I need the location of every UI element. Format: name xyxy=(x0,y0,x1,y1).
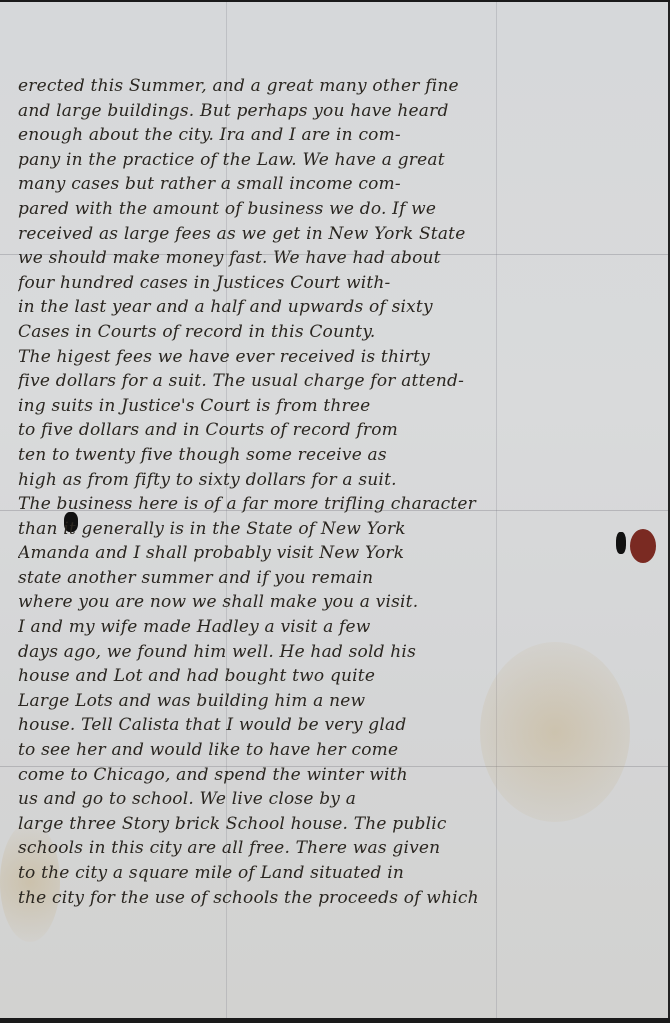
text-line: house. Tell Calista that I would be very… xyxy=(18,713,658,738)
text-line: in the last year and a half and upwards … xyxy=(18,295,658,320)
text-line: received as large fees as we get in New … xyxy=(18,222,658,247)
text-line: Large Lots and was building him a new xyxy=(18,689,658,714)
text-line: to see her and would like to have her co… xyxy=(18,738,658,763)
text-line: us and go to school. We live close by a xyxy=(18,787,658,812)
handwritten-text: erected this Summer, and a great many ot… xyxy=(18,74,658,910)
text-line: ten to twenty five though some receive a… xyxy=(18,443,658,468)
text-line: I and my wife made Hadley a visit a few xyxy=(18,615,658,640)
text-line: pany in the practice of the Law. We have… xyxy=(18,148,658,173)
text-line: five dollars for a suit. The usual charg… xyxy=(18,369,658,394)
text-line: and large buildings. But perhaps you hav… xyxy=(18,99,658,124)
text-line: state another summer and if you remain xyxy=(18,566,658,591)
text-line: erected this Summer, and a great many ot… xyxy=(18,74,658,99)
text-line: come to Chicago, and spend the winter wi… xyxy=(18,763,658,788)
text-line: ing suits in Justice's Court is from thr… xyxy=(18,394,658,419)
letter-page: erected this Summer, and a great many ot… xyxy=(0,2,670,1018)
text-line: than it generally is in the State of New… xyxy=(18,517,658,542)
text-line: enough about the city. Ira and I are in … xyxy=(18,123,658,148)
text-line: Cases in Courts of record in this County… xyxy=(18,320,658,345)
text-line: schools in this city are all free. There… xyxy=(18,836,658,861)
text-line: house and Lot and had bought two quite xyxy=(18,664,658,689)
text-line: where you are now we shall make you a vi… xyxy=(18,590,658,615)
text-line: large three Story brick School house. Th… xyxy=(18,812,658,837)
text-line: pared with the amount of business we do.… xyxy=(18,197,658,222)
text-line: the city for the use of schools the proc… xyxy=(18,886,658,911)
text-line: to five dollars and in Courts of record … xyxy=(18,418,658,443)
text-line: four hundred cases in Justices Court wit… xyxy=(18,271,658,296)
text-line: The higest fees we have ever received is… xyxy=(18,345,658,370)
text-line: days ago, we found him well. He had sold… xyxy=(18,640,658,665)
text-line: high as from fifty to sixty dollars for … xyxy=(18,468,658,493)
text-line: to the city a square mile of Land situat… xyxy=(18,861,658,886)
text-line: The business here is of a far more trifl… xyxy=(18,492,658,517)
text-line: many cases but rather a small income com… xyxy=(18,172,658,197)
text-line: we should make money fast. We have had a… xyxy=(18,246,658,271)
text-line: Amanda and I shall probably visit New Yo… xyxy=(18,541,658,566)
